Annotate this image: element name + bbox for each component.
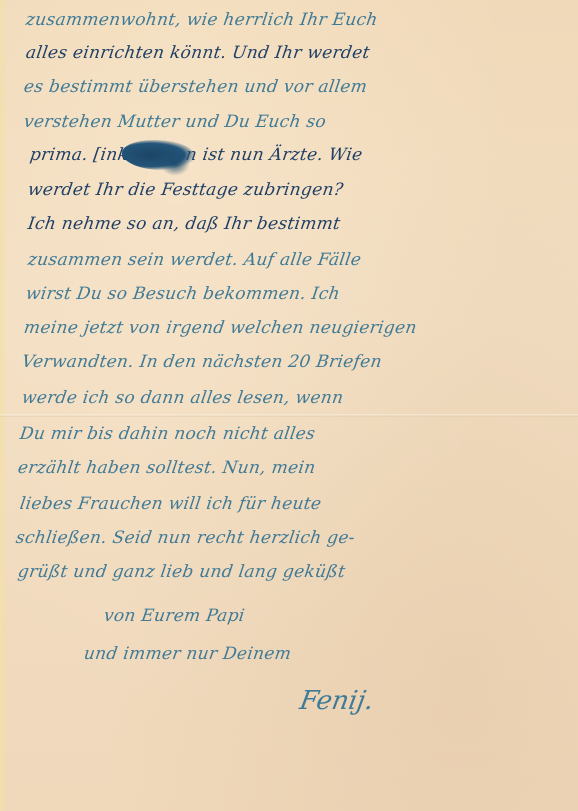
letter-line-13: Du mir bis dahin noch nicht alles bbox=[19, 424, 317, 444]
letter-line-11: Verwandten. In den nächsten 20 Briefen bbox=[21, 352, 384, 372]
letter-line-15: liebes Frauchen will ich für heute bbox=[19, 494, 323, 514]
letter-line-10: meine jetzt von irgend welchen neugierig… bbox=[23, 318, 418, 338]
paper-fold-crease bbox=[0, 414, 578, 417]
letter-line-2: alles einrichten könnt. Und Ihr werdet bbox=[25, 43, 371, 63]
letter-line-1: zusammenwohnt, wie herrlich Ihr Euch bbox=[25, 10, 379, 30]
closing-line-1: von Eurem Papi bbox=[103, 606, 246, 626]
letter-line-7: Ich nehme so an, daß Ihr bestimmt bbox=[27, 214, 342, 234]
ink-blot-drip bbox=[160, 150, 190, 176]
paper-edge bbox=[0, 0, 6, 811]
letter-line-4: verstehen Mutter und Du Euch so bbox=[23, 112, 328, 132]
closing-line-2: und immer nur Deinem bbox=[83, 644, 293, 664]
letter-line-16: schließen. Seid nun recht herzlich ge- bbox=[15, 528, 357, 548]
letter-line-5: prima. [ink blot]en ist nun Ärzte. Wie bbox=[29, 145, 364, 165]
letter-line-14: erzählt haben solltest. Nun, mein bbox=[17, 458, 317, 478]
letter-line-8: zusammen sein werdet. Auf alle Fälle bbox=[27, 250, 363, 270]
letter-line-17: grüßt und ganz lieb und lang geküßt bbox=[17, 562, 347, 582]
letter-line-12: werde ich so dann alles lesen, wenn bbox=[21, 388, 345, 408]
letter-line-3: es bestimmt überstehen und vor allem bbox=[23, 77, 369, 97]
letter-line-6: werdet Ihr die Festtage zubringen? bbox=[27, 180, 345, 200]
letter-line-9: wirst Du so Besuch bekommen. Ich bbox=[25, 284, 342, 304]
signature: Fenij. bbox=[297, 686, 376, 716]
letter-page: zusammenwohnt, wie herrlich Ihr Euch all… bbox=[0, 0, 578, 811]
